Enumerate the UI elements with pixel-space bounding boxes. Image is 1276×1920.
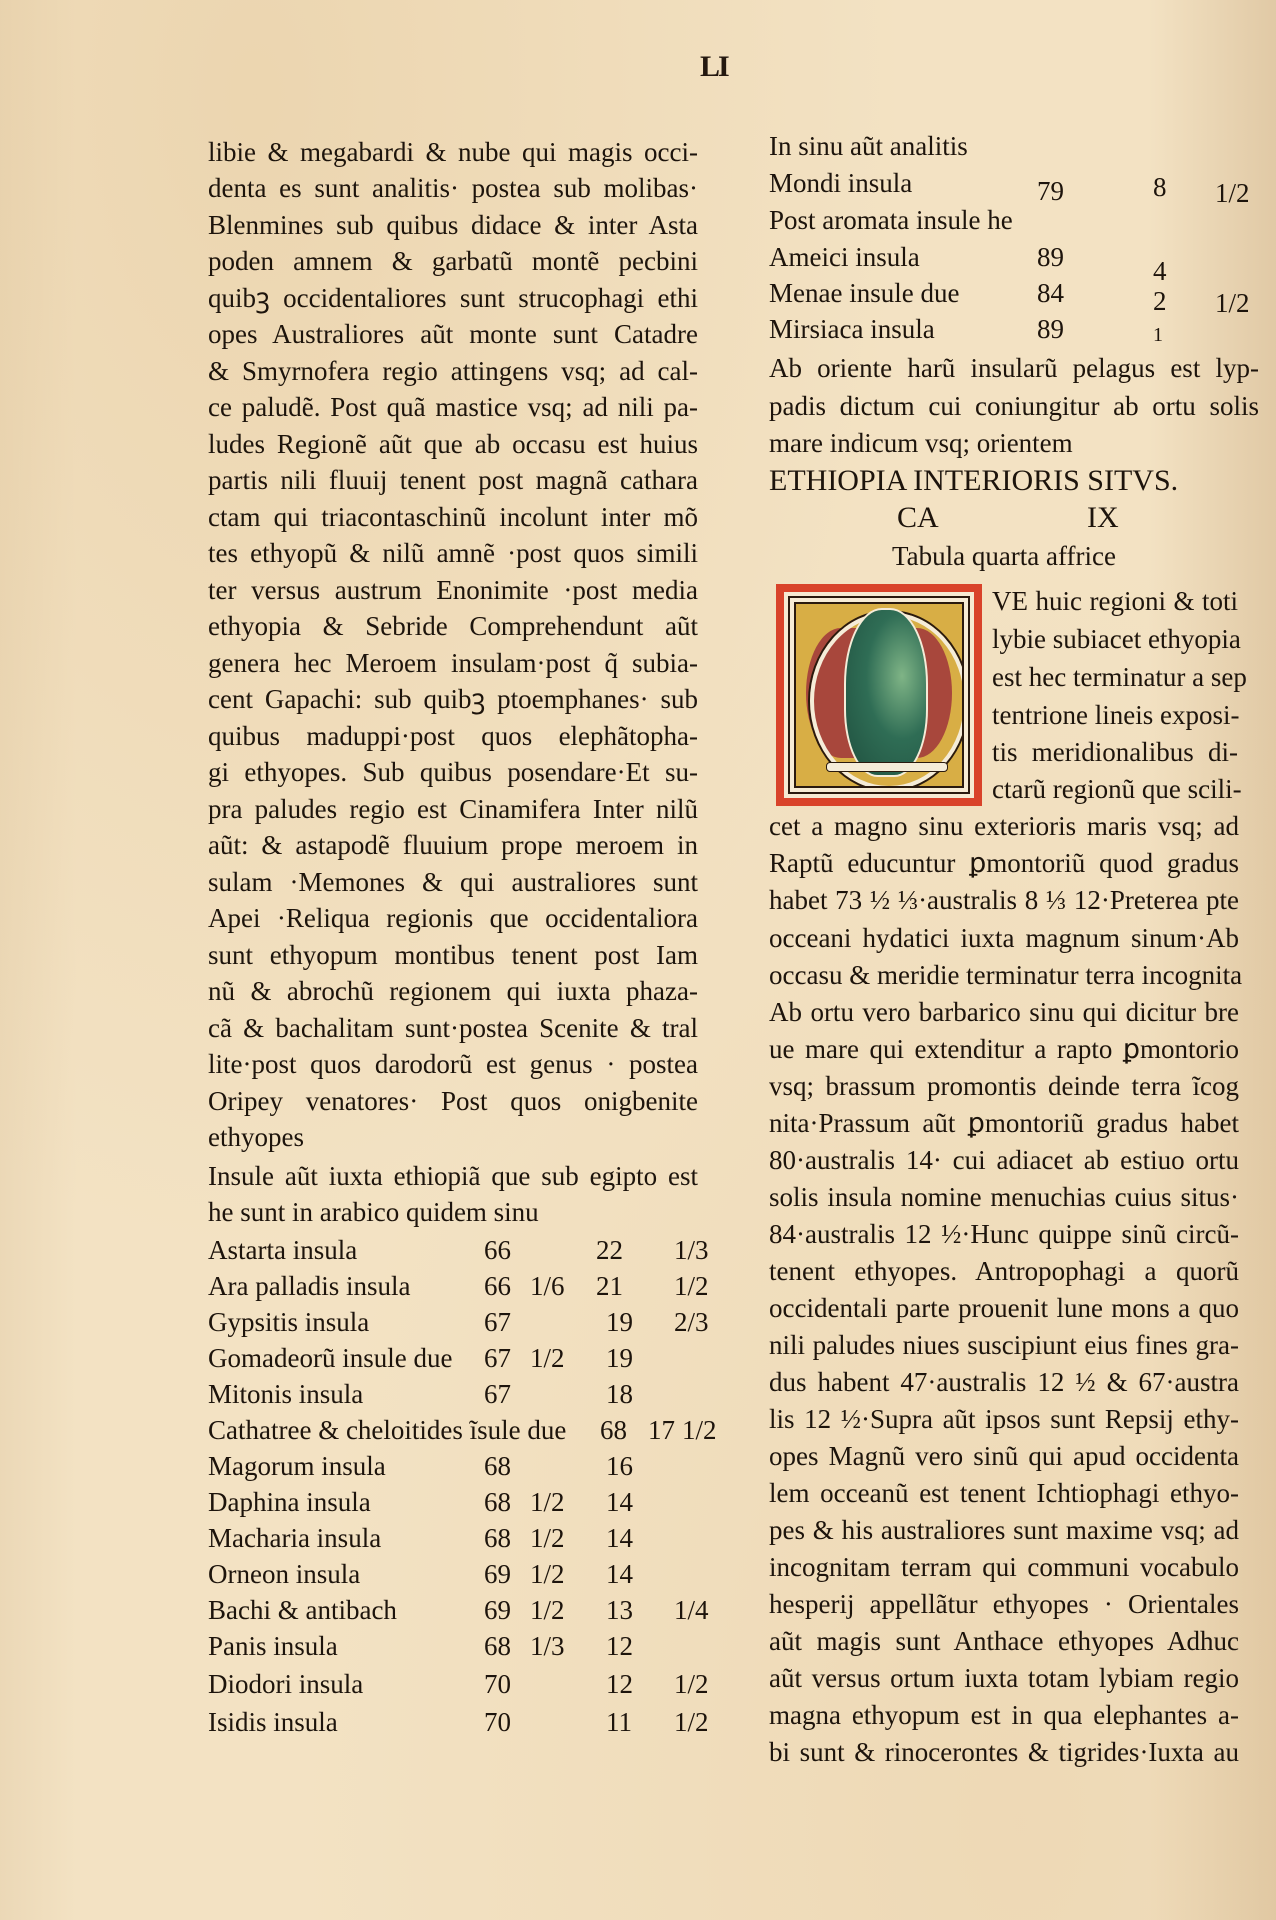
chapter-number: IX (1087, 500, 1119, 536)
letter-q-tail (826, 762, 948, 772)
text-line: tenent ethyopes. Antropophagi a quorũ (769, 1253, 1239, 1289)
longitude: 70 (484, 1666, 511, 1702)
longitude: 67 (484, 1376, 511, 1412)
text-line: opes Magnũ vero sinũ qui apud occidenta (769, 1438, 1239, 1474)
green-foliage-center (844, 608, 928, 777)
table-row: Gypsitis insula 67 19 2/3 (208, 1304, 708, 1340)
text-line: quibus maduppi·post quos elephãtopha- (208, 718, 698, 754)
latitude-fraction: 1/4 (674, 1592, 709, 1628)
text-line: occeani hydatici iuxta magnum sinum·Ab (769, 920, 1239, 956)
island-name: Magorum insula (208, 1448, 386, 1484)
text-line: ctam qui triacontaschinũ incolunt inter … (208, 499, 698, 535)
island-name: Astarta insula (208, 1232, 357, 1268)
table-row: Mitonis insula 67 18 (208, 1376, 708, 1412)
text-line: habet 73 ½ ⅓·australis 8 ⅓ 12·Preterea p… (769, 882, 1239, 918)
text-line: Oripey venatores· Post quos onigbenite (208, 1083, 698, 1119)
latitude: 11 (606, 1704, 632, 1740)
text-line: ter versus austrum Enonimite ·post media (208, 572, 698, 608)
island-name: Mirsiaca insula (769, 311, 935, 347)
longitude: 69 (484, 1556, 511, 1592)
island-name: Diodori insula (208, 1666, 363, 1702)
island-name: Orneon insula (208, 1556, 360, 1592)
longitude-fraction: 1/3 (530, 1628, 565, 1664)
longitude: 67 (484, 1340, 511, 1376)
longitude: 69 (484, 1592, 511, 1628)
table-row: Magorum insula 68 16 (208, 1448, 708, 1484)
longitude: 89 (1037, 311, 1064, 347)
text-line: quibꝫ occidentaliores sunt strucophagi e… (208, 280, 698, 316)
text-line: hesperij appellãtur ethyopes · Orientale… (769, 1586, 1239, 1622)
table-row: Menae insule due 84 2 1/2 (769, 275, 1249, 311)
text-line: aũt magis sunt Anthace ethyopes Adhuc (769, 1623, 1239, 1659)
text-line: cet a magno sinu exterioris maris vsq; a… (769, 808, 1239, 844)
island-name: Cathatree & cheloitides ĩsule due (208, 1412, 566, 1448)
latitude-fraction: 1/2 (682, 1412, 717, 1448)
text-line: Ab oriente harũ insularũ pelagus est lyp… (769, 350, 1259, 386)
initial-background (794, 602, 964, 788)
text-line: ce paludẽ. Post quã mastice vsq; ad nili… (208, 389, 698, 425)
latitude: 22 (596, 1232, 623, 1268)
text-line: magna ethyopum est in qua elephantes a- (769, 1697, 1239, 1733)
table-row: Mondi insula 79 8 1/2 (769, 165, 1249, 201)
text-line: tes ethyopũ & nilũ amnẽ ·post quos simil… (208, 535, 698, 571)
island-name: Macharia insula (208, 1520, 381, 1556)
longitude: 84 (1037, 275, 1064, 311)
island-name: Gypsitis insula (208, 1304, 369, 1340)
longitude: 67 (484, 1304, 511, 1340)
latitude: 12 (606, 1666, 633, 1702)
text-line: ludes Regionẽ aũt que ab occasu est huiu… (208, 426, 698, 462)
island-name: Bachi & antibach (208, 1592, 397, 1628)
text-line: nili paludes niues suscipiunt eius fines… (769, 1327, 1239, 1363)
island-name: Isidis insula (208, 1704, 338, 1740)
text-line: tentrione lineis exposi- (992, 697, 1238, 733)
latitude-fraction: 1/2 (674, 1704, 709, 1740)
longitude-fraction: 1/2 (530, 1592, 565, 1628)
longitude: 66 (484, 1232, 511, 1268)
text-line: Ab ortu vero barbarico sinu qui dicitur … (769, 994, 1239, 1030)
latitude: 18 (606, 1376, 633, 1412)
table-intro-line: he sunt in arabico quidem sinu (208, 1194, 698, 1230)
latitude: 13 (606, 1592, 633, 1628)
text-line: padis dictum cui coniungitur ab ortu sol… (769, 388, 1259, 424)
longitude: 68 (484, 1520, 511, 1556)
latitude: 19 (606, 1340, 633, 1376)
island-name: Panis insula (208, 1628, 338, 1664)
text-line: lis 12 ½·Supra aũt ipsos sunt Repsij eth… (769, 1401, 1239, 1437)
table-intro-line: Insule aũt iuxta ethiopiã que sub egipto… (208, 1158, 698, 1194)
text-line: lite·post quos darodorũ est genus · post… (208, 1046, 698, 1082)
longitude-fraction: 1/2 (530, 1484, 565, 1520)
latitude: 12 (606, 1628, 633, 1664)
longitude-fraction: 1/2 (530, 1556, 565, 1592)
text-line: 84·australis 12 ½·Hunc quippe sinũ circũ… (769, 1216, 1239, 1252)
text-line: cent Gapachi: sub quibꝫ ptoemphanes· sub (208, 681, 698, 717)
latitude-fraction: 1/3 (674, 1232, 709, 1268)
subtitle: Tabula quarta affrice (769, 538, 1239, 574)
latitude-fraction: 2/3 (674, 1304, 709, 1340)
text-line: genera hec Meroem insulam·post q̃ subia- (208, 645, 698, 681)
table-row: Bachi & antibach 69 1/2 13 1/4 (208, 1592, 708, 1628)
text-line: solis insula nomine menuchias cuius situ… (769, 1179, 1239, 1215)
text-line: incognitam terram qui communi vocabulo (769, 1549, 1239, 1585)
text-line: ctarũ regionũ que scili- (992, 771, 1238, 807)
text-line: lybie subiacet ethyopia (992, 621, 1238, 657)
latitude: 8 (1153, 169, 1167, 205)
chapter-label: CA (897, 500, 939, 536)
table-row: Diodori insula 70 12 1/2 (208, 1666, 708, 1702)
latitude: 21 (596, 1268, 623, 1304)
longitude: 68 (484, 1628, 511, 1664)
text-line: lem occeanũ est tenent Ichtiophagi ethyo… (769, 1475, 1239, 1511)
text-line: cã & bachalitam sunt·postea Scenite & tr… (208, 1010, 698, 1046)
text-line: partis nili fluuij tenent post magnã cat… (208, 462, 698, 498)
text-line: libie & megabardi & nube qui magis occi- (208, 134, 698, 170)
island-name: Menae insule due (769, 275, 959, 311)
text-line: gi ethyopes. Sub quibus posendare·Et su- (208, 754, 698, 790)
latitude: 14 (606, 1556, 633, 1592)
text-line: sunt ethyopum montibus tenent post Iam (208, 937, 698, 973)
table-row: Ara palladis insula 66 1/6 21 1/2 (208, 1268, 708, 1304)
text-line: pes & his australiores sunt maxime vsq; … (769, 1512, 1239, 1548)
table-row: Gomadeorũ insule due 67 1/2 19 (208, 1340, 708, 1376)
island-name: Post aromata insule he (769, 202, 1013, 238)
text-line: Raptũ educuntur ꝑmontoriũ quod gradus (769, 845, 1239, 881)
latitude: 19 (606, 1304, 633, 1340)
longitude-fraction: 1/2 (530, 1520, 565, 1556)
text-line: Apei ·Reliqua regionis que occidentalior… (208, 900, 698, 936)
table-row: Panis insula 68 1/3 12 (208, 1628, 708, 1664)
island-name: Gomadeorũ insule due (208, 1340, 452, 1376)
text-line: opes Australiores aũt monte sunt Catadre (208, 316, 698, 352)
text-line: VE huic regioni & toti (992, 583, 1238, 619)
text-line: pra paludes regio est Cinamifera Inter n… (208, 791, 698, 827)
island-name: Mondi insula (769, 165, 912, 201)
text-line: ethyopia & Sebride Comprehendunt aũt (208, 608, 698, 644)
table-row: Daphina insula 68 1/2 14 (208, 1484, 708, 1520)
table-row: Astarta insula 66 22 1/3 (208, 1232, 708, 1268)
text-line: dus habent 47·australis 12 ½ & 67·austra (769, 1364, 1239, 1400)
text-line: nũ & abrochũ regionem qui iuxta phaza- (208, 973, 698, 1009)
text-line: poden amnem & garbatũ montẽ pecbini (208, 243, 698, 279)
page-number: LI (700, 50, 728, 84)
latitude: 1 (1153, 317, 1163, 353)
table-row: Orneon insula 69 1/2 14 (208, 1556, 708, 1592)
text-line: mare indicum vsq; orientem (769, 425, 1259, 461)
table-intro-line: In sinu aũt analitis (769, 128, 1259, 164)
text-line: aũt: & astapodẽ fluuium prope meroem in (208, 827, 698, 863)
longitude-fraction: 1/2 (530, 1340, 565, 1376)
table-row: Ameici insula 89 4 (769, 239, 1249, 275)
text-line: est hec terminatur a sep (992, 659, 1238, 695)
latitude-fraction: 1/2 (674, 1666, 709, 1702)
text-line: ethyopes (208, 1119, 698, 1155)
longitude-fraction: 1/6 (530, 1268, 565, 1304)
latitude: 17 (648, 1412, 675, 1448)
chapter-title: ETHIOPIA INTERIORIS SITVS. (769, 463, 1239, 499)
text-line: sulam ·Memones & qui australiores sunt (208, 864, 698, 900)
text-line: & Smyrnofera regio attingens vsq; ad cal… (208, 353, 698, 389)
text-line: aũt versus ortum iuxta totam lybiam regi… (769, 1660, 1239, 1696)
longitude: 70 (484, 1704, 511, 1740)
latitude: 14 (606, 1484, 633, 1520)
longitude: 68 (484, 1484, 511, 1520)
table-row: Macharia insula 68 1/2 14 (208, 1520, 708, 1556)
text-line: tis meridionalibus di- (992, 734, 1238, 770)
table-row: Cathatree & cheloitides ĩsule due 68 17 … (208, 1412, 708, 1448)
text-line: bi sunt & rinocerontes & tigrides·Iuxta … (769, 1734, 1239, 1770)
latitude-fraction: 1/2 (674, 1268, 709, 1304)
text-line: 80·australis 14· cui adiacet ab estiuo o… (769, 1142, 1239, 1178)
island-name: Daphina insula (208, 1484, 371, 1520)
island-name: Ara palladis insula (208, 1268, 410, 1304)
longitude: 66 (484, 1268, 511, 1304)
longitude: 68 (484, 1448, 511, 1484)
text-line: nita·Prassum aũt ꝑmontoriũ gradus habet (769, 1105, 1239, 1141)
longitude: 68 (600, 1412, 627, 1448)
latitude: 16 (606, 1448, 633, 1484)
table-row: Isidis insula 70 11 1/2 (208, 1704, 708, 1740)
table-row: Mirsiaca insula 89 1 (769, 311, 1249, 347)
text-line: Blenmines sub quibus didace & inter Asta (208, 207, 698, 243)
table-row: Post aromata insule he (769, 202, 1249, 238)
longitude: 89 (1037, 239, 1064, 275)
island-name: Mitonis insula (208, 1376, 363, 1412)
decorated-initial-q (776, 584, 982, 806)
text-line: denta es sunt analitis· postea sub molib… (208, 170, 698, 206)
text-line: occidentali parte prouenit lune mons a q… (769, 1290, 1239, 1326)
text-line: occasu & meridie terminatur terra incogn… (769, 957, 1239, 993)
island-name: Ameici insula (769, 239, 920, 275)
text-line: vsq; brassum promontis deinde terra ĩcog (769, 1068, 1239, 1104)
text-line: ue mare qui extenditur a rapto ꝑmontorio (769, 1031, 1239, 1067)
latitude: 14 (606, 1520, 633, 1556)
